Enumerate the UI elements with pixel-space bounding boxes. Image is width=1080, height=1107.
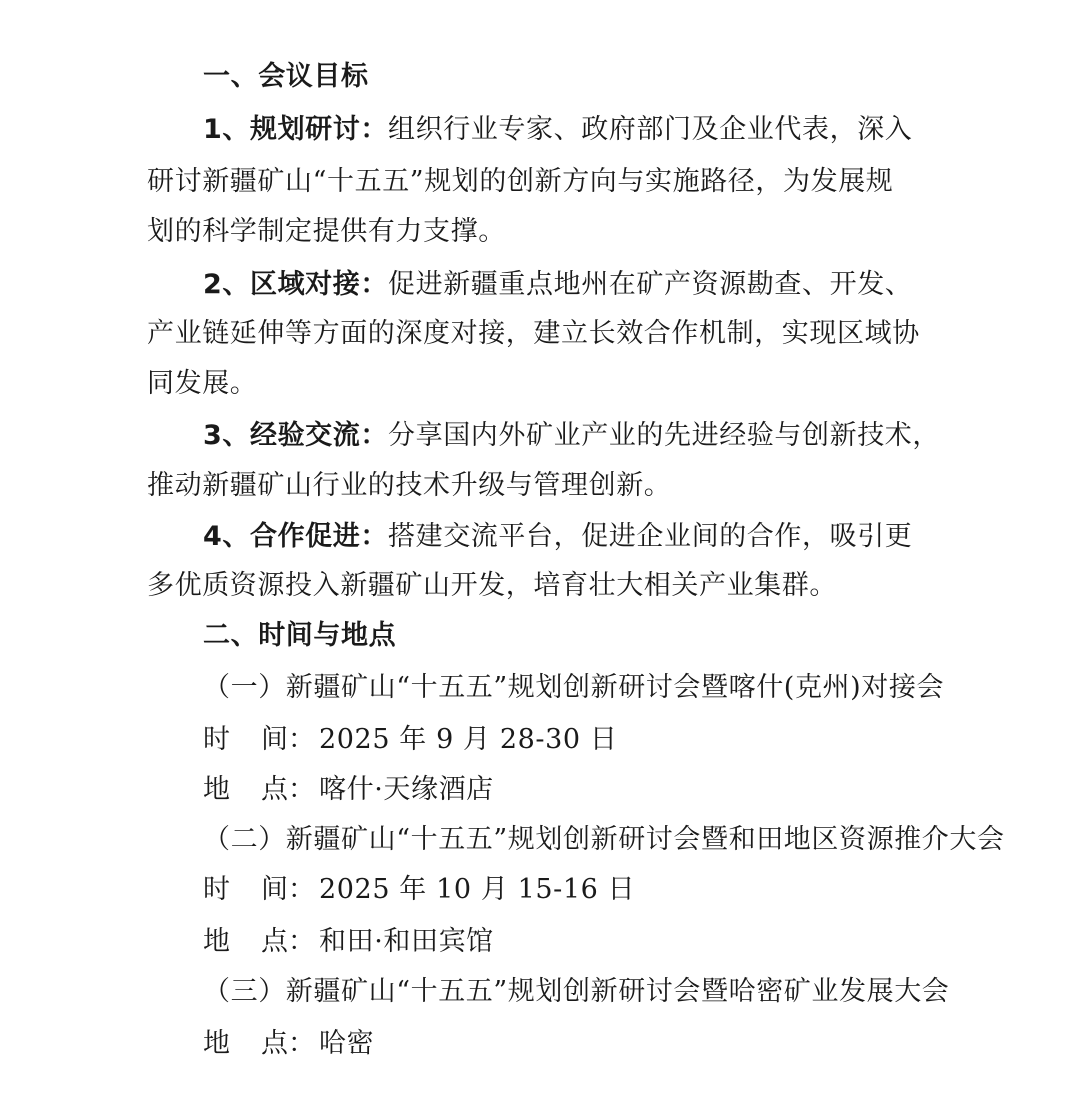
event-place-value: 喀什·天缘酒店 bbox=[319, 774, 494, 805]
goal-text-line: 产业链延伸等方面的深度对接，建立长效合作机制，实现区域协 bbox=[147, 317, 947, 351]
time-label: 时 bbox=[203, 873, 261, 907]
goal-text: 分享国内外矿业产业的先进经验与创新技术， bbox=[388, 420, 940, 451]
goal-text-line: 同发展。 bbox=[147, 367, 947, 401]
event-time-2: 时间：2025 年 10 月 15-16 日 bbox=[203, 873, 1003, 907]
event-title-1: （一）新疆矿山“十五五”规划创新研讨会暨喀什(克州)对接会 bbox=[203, 671, 1003, 705]
event-time-1: 时间：2025 年 9 月 28-30 日 bbox=[203, 723, 1003, 757]
place-label: 地 bbox=[203, 1027, 261, 1061]
goal-text-line: 划的科学制定提供有力支撑。 bbox=[147, 215, 947, 249]
goal-text: 促进新疆重点地州在矿产资源勘查、开发、 bbox=[388, 269, 912, 300]
event-place-value: 哈密 bbox=[319, 1028, 374, 1059]
event-time-value: 2025 年 9 月 28-30 日 bbox=[319, 724, 617, 755]
goal-item-2: 2、区域对接：促进新疆重点地州在矿产资源勘查、开发、 bbox=[203, 268, 1003, 302]
section-heading-time-place: 二、时间与地点 bbox=[203, 619, 1003, 653]
goal-text-line: 多优质资源投入新疆矿山开发，培育壮大相关产业集群。 bbox=[147, 569, 947, 603]
event-time-value: 2025 年 10 月 15-16 日 bbox=[319, 874, 635, 905]
goal-lead: 3、经验交流： bbox=[203, 420, 388, 451]
goal-item-3: 3、经验交流：分享国内外矿业产业的先进经验与创新技术， bbox=[203, 419, 1003, 453]
goal-text-line: 推动新疆矿山行业的技术升级与管理创新。 bbox=[147, 469, 947, 503]
time-label-colon: 间： bbox=[261, 724, 315, 755]
event-place-value: 和田·和田宾馆 bbox=[319, 926, 494, 957]
event-place-2: 地点：和田·和田宾馆 bbox=[203, 925, 1003, 959]
document-page: 一、会议目标 1、规划研讨：组织行业专家、政府部门及企业代表，深入 研讨新疆矿山… bbox=[0, 0, 1080, 1107]
place-label-colon: 点： bbox=[261, 774, 315, 805]
place-label-colon: 点： bbox=[261, 926, 315, 957]
goal-text: 搭建交流平台，促进企业间的合作，吸引更 bbox=[388, 521, 912, 552]
place-label: 地 bbox=[203, 773, 261, 807]
goal-text-line: 研讨新疆矿山“十五五”规划的创新方向与实施路径，为发展规 bbox=[147, 165, 947, 199]
goal-item-1: 1、规划研讨：组织行业专家、政府部门及企业代表，深入 bbox=[203, 113, 1003, 147]
event-title-3: （三）新疆矿山“十五五”规划创新研讨会暨哈密矿业发展大会 bbox=[203, 975, 1003, 1009]
section-heading-goals: 一、会议目标 bbox=[203, 60, 1003, 94]
event-place-1: 地点：喀什·天缘酒店 bbox=[203, 773, 1003, 807]
time-label-colon: 间： bbox=[261, 874, 315, 905]
goal-lead: 2、区域对接： bbox=[203, 269, 388, 300]
time-label: 时 bbox=[203, 723, 261, 757]
event-place-3: 地点：哈密 bbox=[203, 1027, 1003, 1061]
goal-item-4: 4、合作促进：搭建交流平台，促进企业间的合作，吸引更 bbox=[203, 520, 1003, 554]
goal-text: 组织行业专家、政府部门及企业代表，深入 bbox=[388, 114, 912, 145]
place-label-colon: 点： bbox=[261, 1028, 315, 1059]
goal-lead: 4、合作促进： bbox=[203, 521, 388, 552]
place-label: 地 bbox=[203, 925, 261, 959]
event-title-2: （二）新疆矿山“十五五”规划创新研讨会暨和田地区资源推介大会 bbox=[203, 823, 1003, 857]
goal-lead: 1、规划研讨： bbox=[203, 114, 388, 145]
